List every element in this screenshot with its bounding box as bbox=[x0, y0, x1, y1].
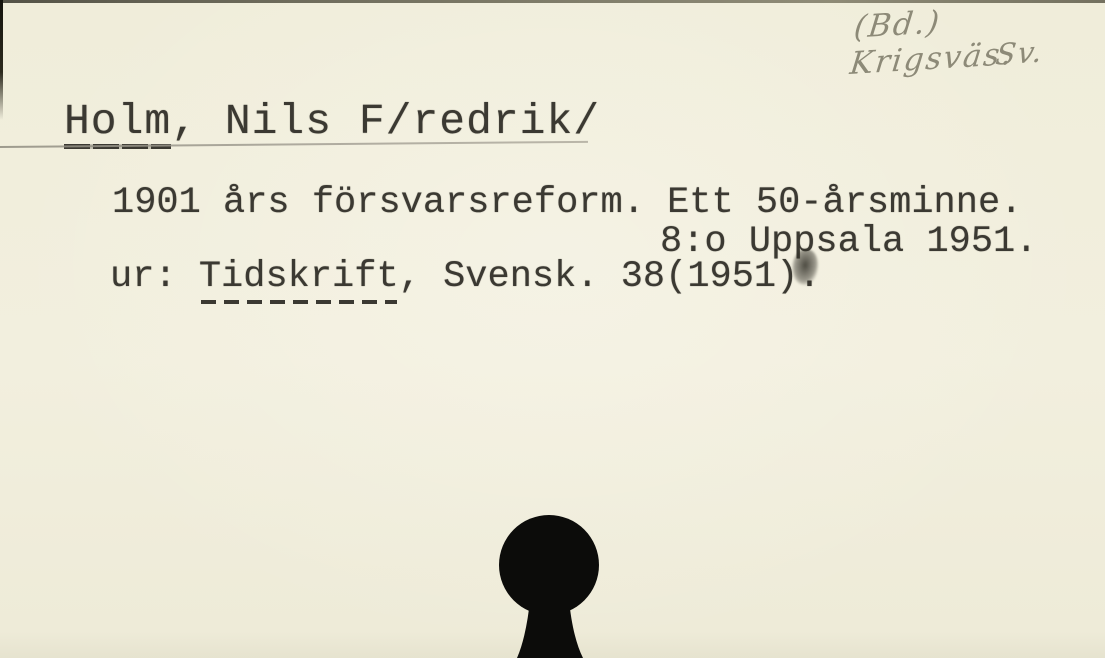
catalog-card: (Bd.) Krigsväs. Sv. Holm, Nils F/redrik/… bbox=[0, 0, 1105, 658]
source-journal-underlined: Tidskrift bbox=[199, 256, 399, 304]
author-surname-underlined: Holm bbox=[64, 97, 171, 149]
source-suffix: , Svensk. 38(1951). bbox=[399, 256, 821, 298]
title-line: 1901 års försvarsreform. Ett 50-årsminne… bbox=[112, 182, 1022, 224]
author-forenames: , Nils F/redrik/ bbox=[171, 97, 600, 146]
keyhole-punch-icon bbox=[494, 508, 606, 658]
scan-top-edge bbox=[0, 0, 1105, 3]
source-line: ur: Tidskrift, Svensk. 38(1951). bbox=[110, 256, 821, 298]
source-prefix: ur: bbox=[110, 256, 199, 298]
author-heading: Holm, Nils F/redrik/ bbox=[64, 97, 600, 146]
handwritten-classification-note: (Bd.) Krigsväs. bbox=[848, 0, 1105, 82]
scan-left-edge bbox=[0, 0, 3, 120]
handwritten-classification-note-2: Sv. bbox=[994, 34, 1047, 72]
